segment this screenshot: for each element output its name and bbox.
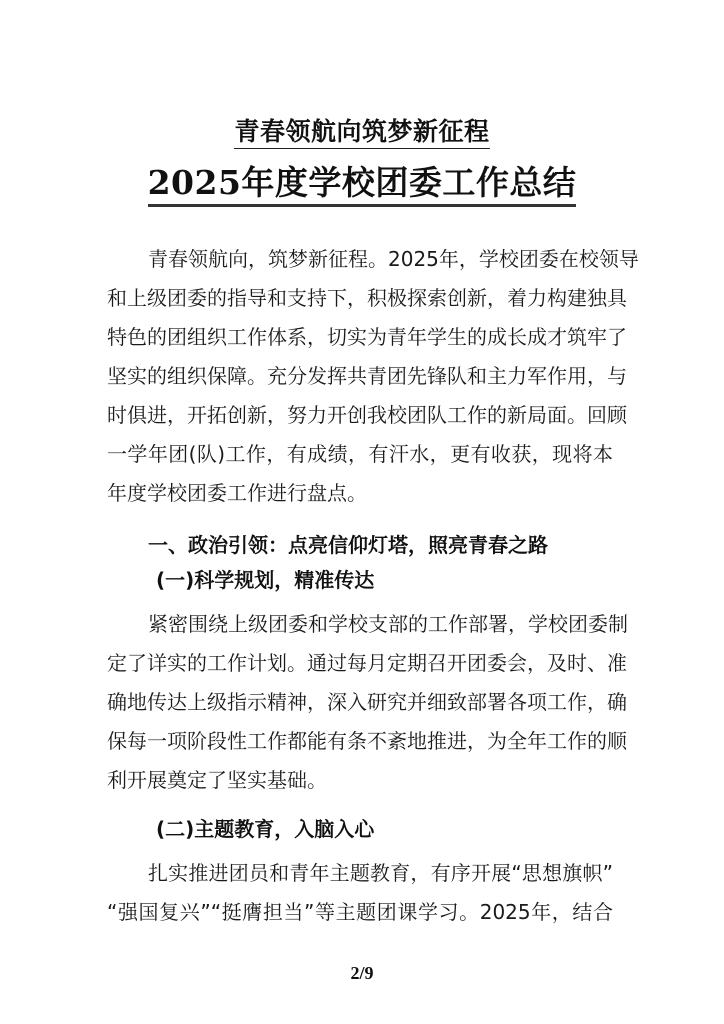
document-title: 2025年度学校团委工作总结 — [0, 163, 724, 207]
document-subtitle: 青春领航向筑梦新征程 — [0, 117, 724, 149]
subtitle-text: 青春领航向筑梦新征程 — [234, 117, 489, 149]
body-line: 扎实推进团员和青年主题教育，有序开展“思想旗帜” — [148, 861, 613, 885]
intro-line: 和上级团委的指导和支持下，积极探索创新，着力构建独具 — [107, 286, 613, 310]
intro-line: 坚实的组织保障。充分发挥共青团先锋队和主力军作用，与 — [107, 364, 613, 388]
intro-line: 时俱进，开拓创新，努力开创我校团队工作的新局面。回顾 — [107, 403, 613, 427]
title-text: 2025年度学校团委工作总结 — [148, 163, 577, 207]
subsection-heading: (二)主题教育，入脑入心 — [156, 817, 374, 841]
body-line: 确地传达上级指示精神，深入研究并细致部署各项工作，确 — [107, 690, 613, 714]
body-line: “强国复兴”“挺膺担当”等主题团课学习。2025年，结合 — [107, 900, 613, 924]
section-heading: 一、政治引领：点亮信仰灯塔，照亮青春之路 — [148, 533, 548, 557]
intro-line: 年度学校团委工作进行盘点。 — [107, 481, 613, 505]
intro-line: 青春领航向，筑梦新征程。2025年，学校团委在校领导 — [148, 247, 613, 271]
document-page: 青春领航向筑梦新征程 2025年度学校团委工作总结 青春领航向，筑梦新征程。20… — [0, 0, 724, 1024]
body-line: 定了详实的工作计划。通过每月定期召开团委会，及时、准 — [107, 651, 613, 675]
body-line: 保每一项阶段性工作都能有条不紊地推进，为全年工作的顺 — [107, 729, 613, 753]
body-line: 利开展奠定了坚实基础。 — [107, 768, 613, 792]
intro-line: 一学年团(队)工作，有成绩，有汗水，更有收获，现将本 — [107, 442, 613, 466]
subsection-heading: (一)科学规划，精准传达 — [156, 568, 374, 592]
page-number: 2/9 — [0, 962, 724, 984]
body-line: 紧密围绕上级团委和学校支部的工作部署，学校团委制 — [148, 612, 613, 636]
intro-line: 特色的团组织工作体系，切实为青年学生的成长成才筑牢了 — [107, 325, 613, 349]
